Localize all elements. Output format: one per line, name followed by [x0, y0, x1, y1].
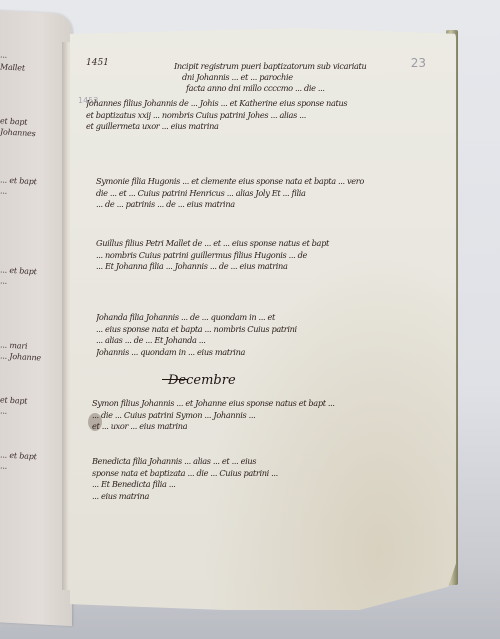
entry-line: Symon filius Johannis ... et Johanne eiu…: [92, 398, 437, 410]
decorative-flourish: [162, 379, 188, 380]
left-margin-note: ... et bapt: [0, 265, 37, 276]
entry-line: ... Et Benedicta filia ...: [92, 479, 392, 491]
left-margin-note: ...: [0, 461, 7, 470]
entry-line: ... de ... patrinis ... de ... eius matr…: [96, 199, 446, 211]
entry-line: Johanda filia Johannis ... de ... quonda…: [96, 312, 446, 324]
left-margin-note: ...: [0, 406, 7, 415]
entry-line: die ... et ... Cuius patrini Henricus ..…: [96, 188, 446, 200]
corner-mark: 1451: [86, 58, 109, 68]
left-margin-note: ...: [0, 50, 7, 59]
baptism-entry-5: Symon filius Johannis ... et Johanne eiu…: [92, 398, 437, 433]
left-margin-note: et bapt: [0, 395, 27, 405]
left-margin-note: ... Johanne: [0, 351, 41, 362]
left-margin-note: ...: [0, 186, 7, 195]
register-heading: Incipit registrum pueri baptizatorum sub…: [170, 61, 400, 94]
left-margin-note: ... et bapt: [0, 450, 37, 461]
baptism-entry-4: Johanda filia Johannis ... de ... quonda…: [96, 312, 446, 358]
entry-line: Symonie filia Hugonis ... et clemente ei…: [96, 176, 446, 188]
month-heading: Decembre: [168, 373, 236, 388]
baptism-entry-2: Symonie filia Hugonis ... et clemente ei…: [96, 176, 446, 211]
left-margin-note: ... et bapt: [0, 175, 37, 186]
baptism-entry-1: Johannes filius Johannis de ... Johis ..…: [86, 98, 441, 133]
entry-line: et baptizatus xxij ... nombris Cuius pat…: [86, 110, 441, 122]
entry-line: sponse nata et baptizata ... die ... Cui…: [92, 468, 392, 480]
heading-line: dni Johannis ... et ... parochie: [170, 72, 400, 83]
folio-number: 23: [411, 56, 426, 70]
baptism-entry-6: Benedicta filia Johannis ... alias ... e…: [92, 456, 392, 502]
left-margin-note: ... mari: [0, 340, 27, 350]
heading-line: facta anno dni millo ccccmo ... die ...: [170, 83, 400, 94]
entry-line: Benedicta filia Johannis ... alias ... e…: [92, 456, 392, 468]
entry-line: ... die ... Cuius patrini Symon ... Joha…: [92, 410, 437, 422]
heading-line: Incipit registrum pueri baptizatorum sub…: [170, 61, 400, 72]
entry-line: ... eius sponse nata et bapta ... nombri…: [96, 324, 446, 336]
month-label: Decembre: [168, 373, 236, 388]
entry-line: Guillus filius Petri Mallet de ... et ..…: [96, 238, 446, 250]
manuscript-page: 1451 23 1453 Incipit registrum pueri bap…: [70, 28, 456, 610]
entry-line: ... nombris Cuius patrini guillermus fil…: [96, 250, 446, 262]
entry-line: Johannis ... quondam in ... eius matrina: [96, 347, 446, 359]
left-margin-note: Johannes: [0, 127, 36, 138]
baptism-entry-3: Guillus filius Petri Mallet de ... et ..…: [96, 238, 446, 273]
left-margin-note: ...: [0, 276, 7, 285]
entry-line: et guillermeta uxor ... eius matrina: [86, 121, 441, 133]
left-margin-note: Mallet: [0, 62, 25, 72]
entry-line: ... alias ... de ... Et Johanda ...: [96, 335, 446, 347]
entry-line: ... Et Johanna filia ... Johannis ... de…: [96, 261, 446, 273]
entry-line: et ... uxor ... eius matrina: [92, 421, 437, 433]
entry-line: ... eius matrina: [92, 491, 392, 503]
left-margin-note: et bapt: [0, 116, 27, 126]
entry-line: Johannes filius Johannis de ... Johis ..…: [86, 98, 441, 110]
